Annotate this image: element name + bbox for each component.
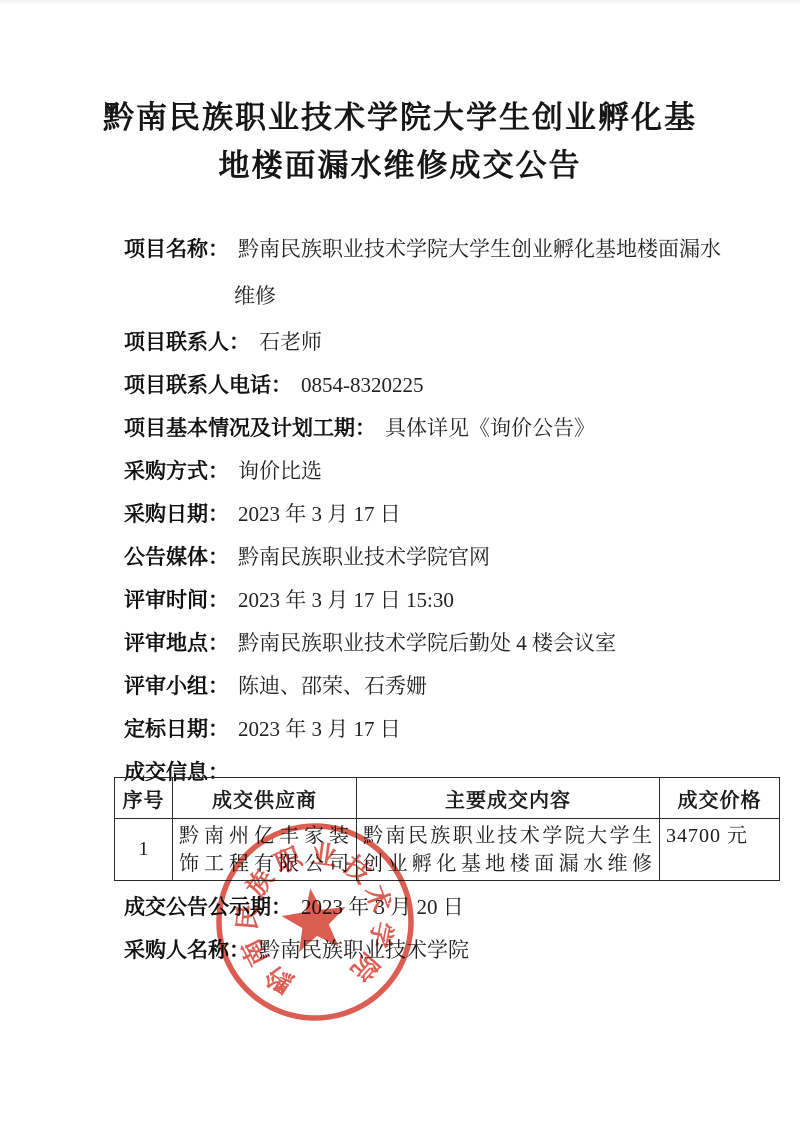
field-label: 评审地点： (124, 632, 229, 655)
field-label: 采购日期： (124, 503, 229, 526)
field-label: 定标日期： (124, 718, 229, 741)
cell-content: 黔南民族职业技术学院大学生 创业孵化基地楼面漏水维修 (357, 819, 660, 881)
field-value: 2023 年 3 月 20 日 (301, 895, 464, 919)
cell-serial-number: 1 (115, 819, 173, 881)
field-project-name: 项目名称：黔南民族职业技术学院大学生创业孵化基地楼面漏水 (124, 228, 780, 271)
header-price: 成交价格 (660, 778, 780, 819)
field-contact-phone: 项目联系人电话：0854-8320225 (124, 364, 780, 407)
field-label: 采购方式： (124, 460, 229, 483)
content-line-1: 黔南民族职业技术学院大学生 (363, 822, 653, 850)
field-contact: 项目联系人：石老师 (124, 321, 780, 364)
field-value: 黔南民族职业技术学院后勤处 4 楼会议室 (238, 631, 616, 655)
field-value: 具体详见《询价公告》 (385, 416, 595, 440)
table-row: 1 黔南州亿丰家装 饰工程有限公司 黔南民族职业技术学院大学生 创业孵化基地楼面… (115, 819, 780, 881)
document-page: 黔南民族职业技术学院大学生创业孵化基 地楼面漏水维修成交公告 项目名称：黔南民族… (0, 0, 800, 1137)
field-value: 询价比选 (238, 459, 322, 483)
field-award-date: 定标日期：2023 年 3 月 17 日 (124, 708, 780, 751)
field-label: 采购人名称： (124, 939, 250, 962)
page-title-line-2: 地楼面漏水维修成交公告 (0, 142, 800, 190)
footer-field-list: 成交公告公示期：2023 年 3 月 20 日 采购人名称：黔南民族职业技术学院 (124, 886, 780, 972)
header-supplier: 成交供应商 (173, 778, 357, 819)
field-value: 0854-8320225 (301, 373, 424, 397)
field-value: 2023 年 3 月 17 日 15:30 (238, 588, 454, 612)
page-title-line-1: 黔南民族职业技术学院大学生创业孵化基 (0, 94, 800, 142)
page-title: 黔南民族职业技术学院大学生创业孵化基 地楼面漏水维修成交公告 (0, 94, 800, 190)
field-purchaser-name: 采购人名称：黔南民族职业技术学院 (124, 929, 780, 972)
field-label: 评审时间： (124, 589, 229, 612)
field-label: 项目联系人电话： (124, 374, 292, 397)
field-value: 黔南民族职业技术学院官网 (238, 545, 490, 569)
field-value: 2023 年 3 月 17 日 (238, 502, 401, 526)
field-project-overview: 项目基本情况及计划工期：具体详见《询价公告》 (124, 407, 780, 450)
field-value: 黔南民族职业技术学院 (259, 938, 469, 962)
field-label: 公告媒体： (124, 546, 229, 569)
field-review-location: 评审地点：黔南民族职业技术学院后勤处 4 楼会议室 (124, 622, 780, 665)
field-announcement-media: 公告媒体：黔南民族职业技术学院官网 (124, 536, 780, 579)
field-label: 评审小组： (124, 675, 229, 698)
field-list: 项目名称：黔南民族职业技术学院大学生创业孵化基地楼面漏水 维修 项目联系人：石老… (124, 228, 780, 794)
field-value: 陈迪、邵荣、石秀姗 (238, 674, 427, 698)
field-label: 成交公告公示期： (124, 896, 292, 919)
content-line-2: 创业孵化基地楼面漏水维修 (363, 850, 653, 878)
supplier-line-2: 饰工程有限公司 (179, 850, 350, 878)
field-procurement-date: 采购日期：2023 年 3 月 17 日 (124, 493, 780, 536)
award-result-table: 序号 成交供应商 主要成交内容 成交价格 1 黔南州亿丰家装 饰工程有限公司 黔… (114, 777, 780, 881)
field-review-time: 评审时间：2023 年 3 月 17 日 15:30 (124, 579, 780, 622)
field-publicity-period: 成交公告公示期：2023 年 3 月 20 日 (124, 886, 780, 929)
field-procurement-method: 采购方式：询价比选 (124, 450, 780, 493)
header-serial-number: 序号 (115, 778, 173, 819)
cell-supplier: 黔南州亿丰家装 饰工程有限公司 (173, 819, 357, 881)
field-value: 黔南民族职业技术学院大学生创业孵化基地楼面漏水 (238, 237, 721, 261)
field-label: 项目联系人： (124, 331, 250, 354)
field-value: 石老师 (259, 330, 322, 354)
supplier-line-1: 黔南州亿丰家装 (179, 822, 350, 850)
cell-price: 34700 元 (660, 819, 780, 881)
field-project-name-wrap: 维修 (124, 271, 780, 321)
field-label: 项目基本情况及计划工期： (124, 417, 376, 440)
table-header-row: 序号 成交供应商 主要成交内容 成交价格 (115, 778, 780, 819)
header-content: 主要成交内容 (357, 778, 660, 819)
field-value: 2023 年 3 月 17 日 (238, 717, 401, 741)
field-review-panel: 评审小组：陈迪、邵荣、石秀姗 (124, 665, 780, 708)
field-label: 项目名称： (124, 238, 229, 261)
